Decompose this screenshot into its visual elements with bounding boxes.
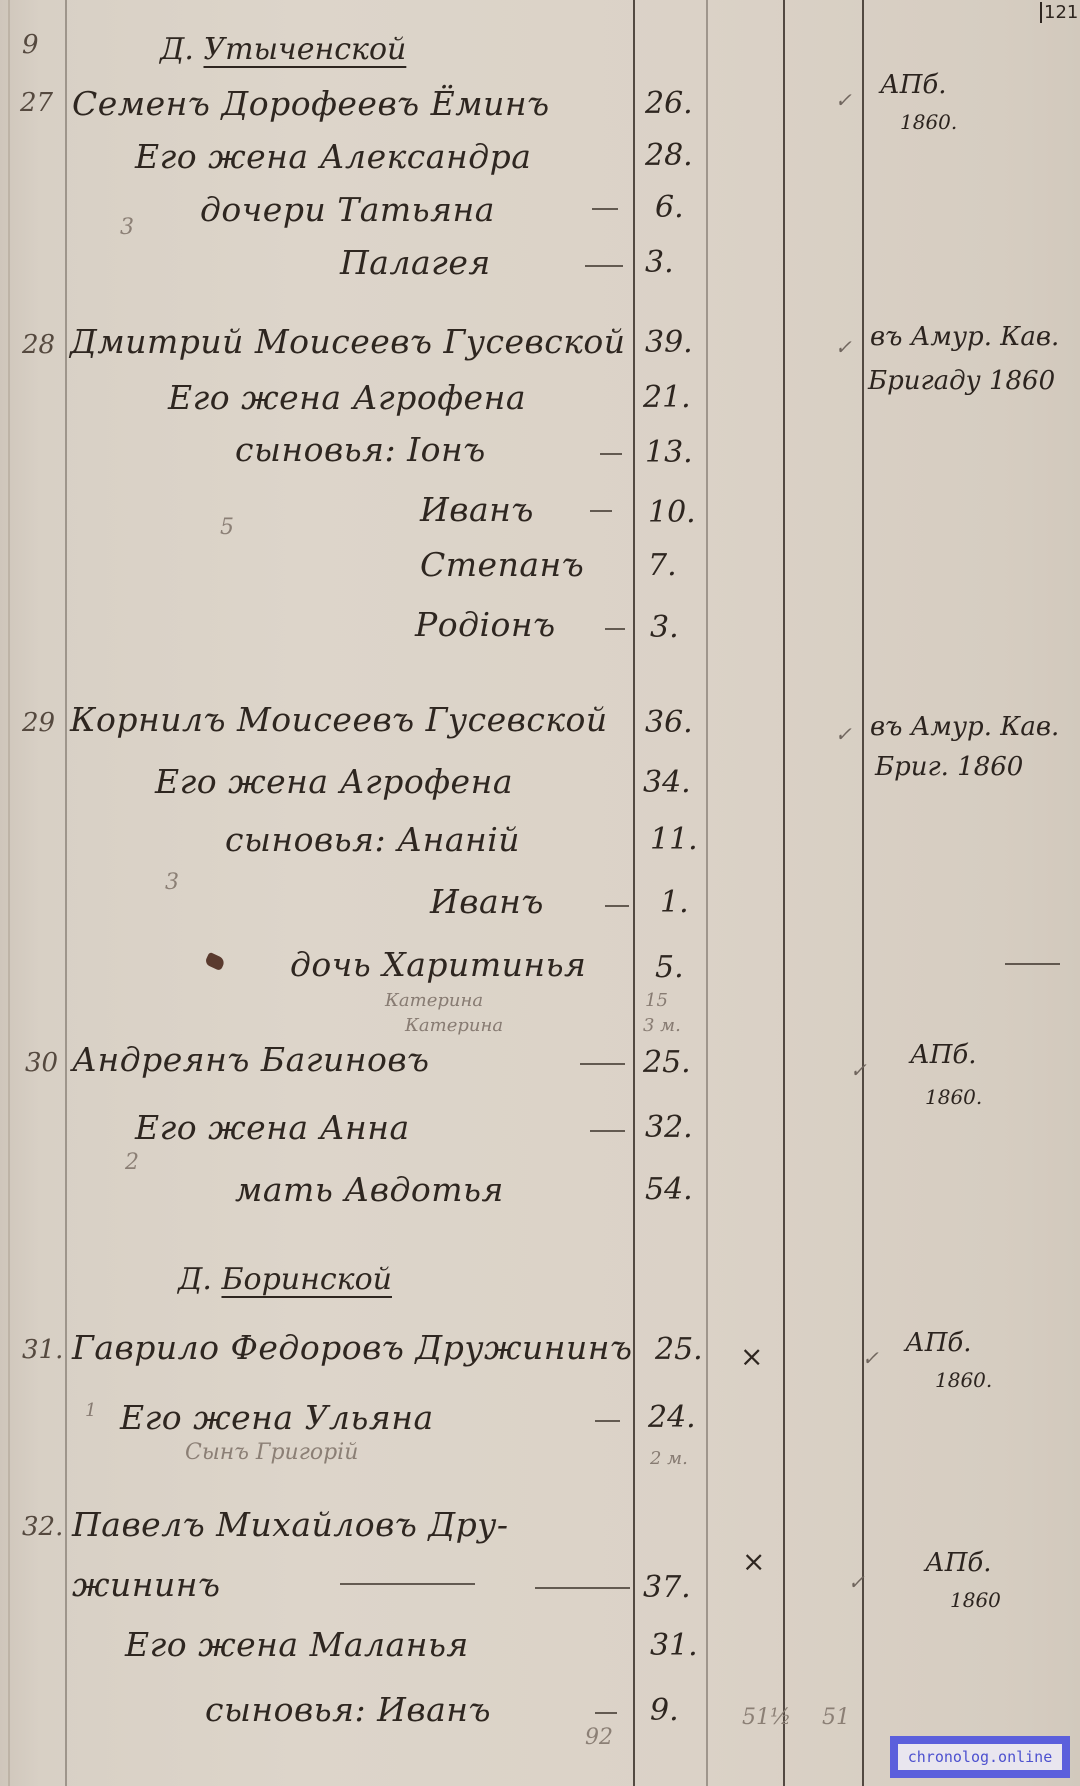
pencil-small-total: 92 <box>585 1725 613 1750</box>
age: 26. <box>645 86 693 121</box>
leader-dash <box>605 628 625 630</box>
family-member: дочери Татьяна <box>200 190 495 229</box>
age: 24. <box>648 1400 696 1435</box>
age: 10. <box>648 495 696 530</box>
age: 5. <box>655 950 684 985</box>
watermark-text: chronolog.online <box>898 1744 1063 1770</box>
departure-year: 1860. <box>935 1368 992 1392</box>
age: 7. <box>648 548 677 583</box>
village-prefix: Д. <box>178 1262 212 1297</box>
cross-mark: × <box>742 1545 765 1578</box>
village-heading: Д. Утыченской <box>160 32 406 67</box>
family-member: Его жена Агрофена <box>168 378 526 417</box>
village-prefix: Д. <box>160 32 194 67</box>
age: 3. <box>645 245 674 280</box>
family-member: сыновья: Иванъ <box>205 1690 491 1729</box>
pencil-count: 5 <box>220 515 234 540</box>
leader-dash <box>580 1063 625 1065</box>
rule-left-margin <box>65 0 67 1786</box>
household-head: Андреянъ Багиновъ <box>72 1040 430 1079</box>
household-head: Гаврило Федоровъ Дружининъ <box>72 1328 632 1367</box>
departure-year: 1860. <box>925 1085 982 1109</box>
family-member: Родіонъ <box>415 605 556 644</box>
household-head-cont: жининъ <box>72 1565 221 1604</box>
paper-edge <box>8 0 10 1786</box>
census-page: 121 9 Д. Утыченской 27 Семенъ Дорофеевъ … <box>0 0 1080 1786</box>
check-mark: ✓ <box>835 88 852 112</box>
leader-dash <box>590 1130 625 1132</box>
rule-col-3 <box>783 0 785 1786</box>
departure-note: АПб. <box>910 1040 977 1070</box>
column-total-a: 51½ <box>742 1705 791 1730</box>
age: 28. <box>645 138 693 173</box>
check-mark: ✓ <box>850 1058 867 1082</box>
ink-blot <box>204 952 226 971</box>
family-member: мать Авдотья <box>235 1170 504 1209</box>
age: 34. <box>643 765 691 800</box>
leader-dash <box>592 208 618 210</box>
check-mark: ✓ <box>835 722 852 746</box>
margin-mark: 9 <box>22 30 39 60</box>
family-member: сыновья: Іонъ <box>235 430 486 469</box>
pencil-addition-age: 15 <box>645 990 668 1011</box>
pencil-addition-age: 2 м. <box>650 1448 688 1469</box>
pencil-count: 1 <box>85 1400 96 1421</box>
entry-number: 32. <box>22 1512 63 1542</box>
leader-dash <box>535 1587 630 1589</box>
leader-dash <box>605 905 629 907</box>
family-member: сыновья: Ананій <box>225 820 520 859</box>
watermark-badge: chronolog.online <box>890 1736 1070 1778</box>
departure-note: АПб. <box>905 1328 972 1358</box>
family-member: Иванъ <box>430 882 544 921</box>
leader-dash <box>595 1712 617 1714</box>
family-member: дочь Харитинья <box>290 945 586 984</box>
rule-col-4 <box>862 0 864 1786</box>
leader-dash <box>590 510 612 512</box>
pencil-addition: Катерина <box>405 1015 503 1036</box>
entry-number: 29 <box>22 708 55 738</box>
check-mark: ✓ <box>848 1570 865 1594</box>
age: 31. <box>650 1628 698 1663</box>
entry-number: 31. <box>22 1335 63 1365</box>
age: 13. <box>645 435 693 470</box>
pencil-count: 3 <box>165 870 179 895</box>
age: 37. <box>643 1570 691 1605</box>
departure-year: 1860. <box>900 110 957 134</box>
departure-year: 1860 <box>950 1588 1001 1612</box>
age: 25. <box>643 1045 691 1080</box>
pencil-addition: Сынъ Григорій <box>185 1440 358 1465</box>
family-member: Палагея <box>340 243 491 282</box>
age: 11. <box>650 822 698 857</box>
age: 1. <box>660 885 689 920</box>
pencil-addition-age: 3 м. <box>643 1015 681 1036</box>
rule-age-left <box>633 0 635 1786</box>
entry-number: 30 <box>25 1048 58 1078</box>
family-member: Степанъ <box>420 545 584 584</box>
age: 9. <box>650 1693 679 1728</box>
leader-dash <box>595 1420 620 1422</box>
departure-year: Бриг. 1860 <box>875 752 1023 782</box>
household-head: Семенъ Дорофеевъ Ёминъ <box>72 84 550 123</box>
pencil-count: 3 <box>120 215 134 240</box>
check-mark: ✓ <box>835 335 852 359</box>
age: 21. <box>643 380 691 415</box>
family-member: Его жена Анна <box>135 1108 410 1147</box>
departure-year: Бригаду 1860 <box>868 366 1055 396</box>
leader-dash <box>600 453 622 455</box>
cross-mark: × <box>740 1340 763 1373</box>
household-head: Дмитрий Моисеевъ Гусевской <box>70 322 626 361</box>
age: 54. <box>645 1172 693 1207</box>
age: 36. <box>645 705 693 740</box>
family-member: Его жена Агрофена <box>155 762 513 801</box>
departure-note: въ Амур. Кав. <box>870 322 1059 352</box>
check-mark: ✓ <box>862 1346 879 1370</box>
household-head: Павелъ Михайловъ Дру- <box>72 1505 509 1544</box>
entry-number: 28 <box>22 330 55 360</box>
pencil-addition: Катерина <box>385 990 483 1011</box>
departure-note: въ Амур. Кав. <box>870 712 1059 742</box>
age: 32. <box>645 1110 693 1145</box>
departure-note: АПб. <box>880 70 947 100</box>
family-member: Его жена Александра <box>135 137 531 176</box>
age: 39. <box>645 325 693 360</box>
rule-age-right <box>706 0 708 1786</box>
column-total-b: 51 <box>822 1705 850 1730</box>
page-number: 121 <box>1040 2 1078 23</box>
village-name: Утыченской <box>203 32 406 67</box>
age: 3. <box>650 610 679 645</box>
village-heading: Д. Боринской <box>178 1262 392 1297</box>
family-member: Его жена Ульяна <box>120 1398 434 1437</box>
age: 25. <box>655 1332 703 1367</box>
departure-note: АПб. <box>925 1548 992 1578</box>
village-name: Боринской <box>221 1262 392 1297</box>
ditto-mark <box>1005 963 1060 965</box>
family-member: Его жена Маланья <box>125 1625 469 1664</box>
family-member: Иванъ <box>420 490 534 529</box>
leader-dash <box>340 1583 475 1585</box>
pencil-count: 2 <box>125 1150 139 1175</box>
age: 6. <box>655 190 684 225</box>
leader-dash <box>585 265 623 267</box>
household-head: Корнилъ Моисеевъ Гусевской <box>70 700 608 739</box>
entry-number: 27 <box>20 88 53 118</box>
